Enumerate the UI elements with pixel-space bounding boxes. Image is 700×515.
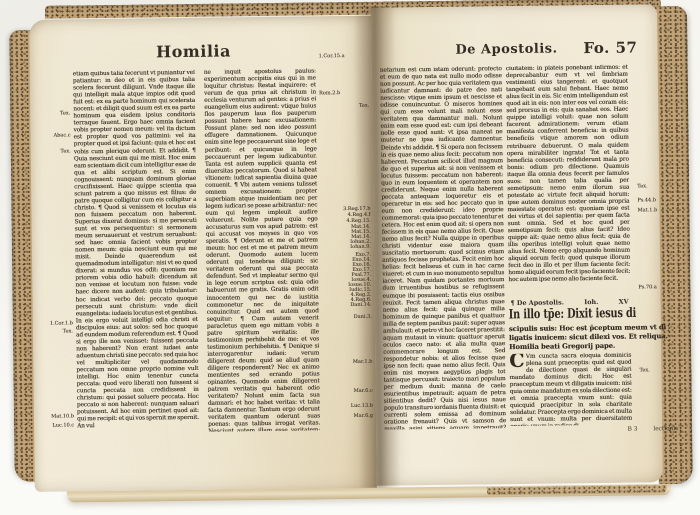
margin-note: Dani.3. — [335, 315, 372, 320]
margin-note: Iohan.9. — [334, 245, 371, 250]
right-page-right-marginalia: Tex. Ps.44.b Mat.1.b Ps.70.a Tex. — [635, 4, 687, 483]
rubric-line: ¶ De Apostolis. Ioh. XV — [511, 298, 629, 307]
rubric-title: ¶ De Apostolis. — [511, 298, 564, 307]
left-page: Homilia etiam quibus talia fecerunt vt p… — [29, 16, 377, 492]
margin-note: Ps.70.a — [638, 285, 684, 291]
bottom-edge-speckle — [487, 485, 667, 495]
margin-note: Ps.44.b — [637, 198, 683, 204]
rubric-chapter: XV — [619, 298, 629, 306]
left-page-column-2: ne inquit apostolus paulus: experimentum… — [204, 68, 320, 431]
left-page-left-marginalia: Tex. Abac.c Tex. 1.Cor.1.b Tex. Mat.10.b… — [33, 19, 75, 491]
margin-note: Tex. — [37, 329, 73, 334]
margin-note: Luc.13.b — [336, 404, 373, 409]
left-page-header: Homilia — [113, 41, 273, 62]
homily-opening-text: Vm cuncta sacra eloquia dominicis plena … — [509, 353, 632, 426]
margin-note: Tex. — [639, 368, 685, 374]
open-book: Homilia etiam quibus talia fecerunt vt p… — [3, 0, 697, 512]
margin-note: Abac.c — [34, 133, 70, 138]
margin-note: Tex. — [34, 111, 70, 116]
margin-note: Tex. — [332, 104, 369, 109]
margin-note: Mat.10.b — [38, 414, 74, 419]
margin-note: Dani.14. — [335, 303, 372, 308]
margin-note: Mar.1.b — [335, 360, 372, 365]
margin-note: Luc.10.c — [38, 423, 74, 428]
margin-note: Mar.6.g — [336, 414, 373, 419]
right-page-header: De Apostolis. — [411, 41, 601, 58]
margin-note: 1.Cor.1.b — [37, 321, 73, 326]
margin-note: Mar.6.c — [336, 389, 373, 394]
quire-signature: B 3 — [628, 427, 638, 433]
right-page-gutter-marginalia: Tex. 3.Reg.17.b 4.Reg.4.f 4.Reg.13. Mat.… — [331, 8, 374, 486]
margin-note: Mat.1.b — [637, 208, 683, 214]
margin-note: Tex. — [35, 149, 71, 154]
drop-cap-initial: C — [509, 354, 524, 369]
right-page-column-1: nefarium est cum istam oderunt: profecto… — [380, 66, 506, 429]
right-page-column-2-lower: CVm cuncta sacra eloquia dominicis plena… — [509, 353, 632, 426]
rubric-book: Ioh. — [584, 298, 598, 306]
right-page-column-2-upper: ciuitatem: in plateis ponebant infirmos:… — [506, 65, 631, 296]
homily-attribution: Homilia beati Gregorij pape. — [509, 342, 615, 352]
right-page: De Apostolis. Fo. 57 nefarium est cum is… — [371, 4, 663, 485]
gospel-incipit-line1: In illo tp̄e: Dixit iesus di — [509, 307, 637, 323]
left-page-column-1: etiam quibus talia fecerunt vt puniantur… — [73, 70, 199, 429]
margin-note: Tex. — [637, 184, 683, 190]
book-photo-scene: Homilia etiam quibus talia fecerunt vt p… — [0, 0, 700, 515]
